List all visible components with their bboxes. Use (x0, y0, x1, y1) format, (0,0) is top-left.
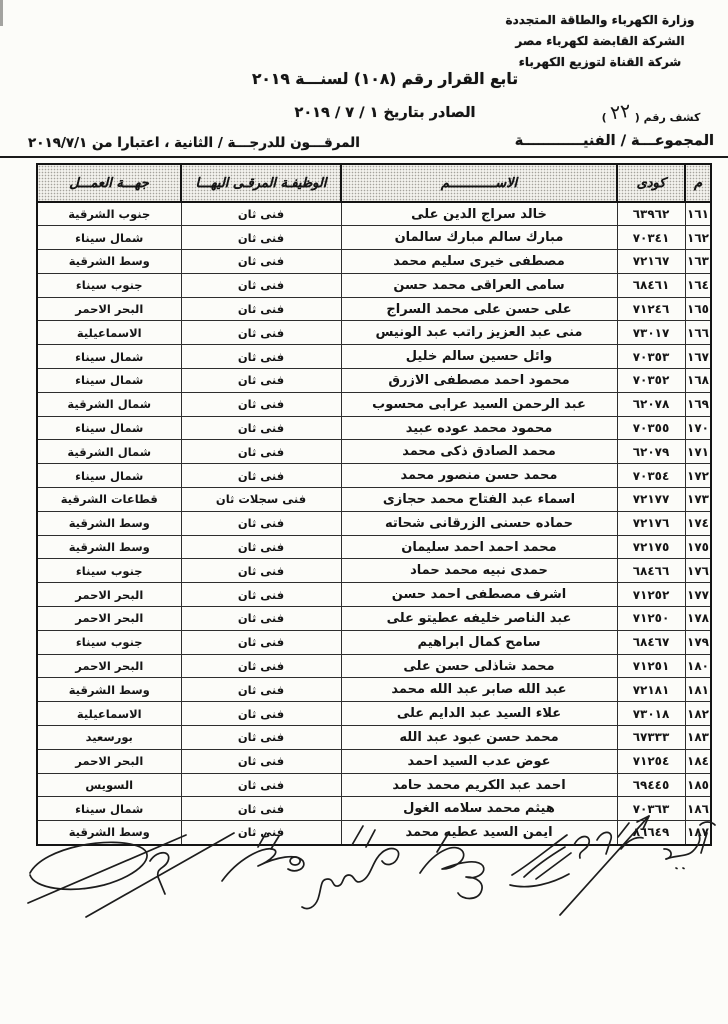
cell-code: ٧١٢٥٠ (617, 607, 685, 631)
scan-edge-artifact (0, 0, 3, 26)
cell-workplace: البحر الاحمر (37, 607, 181, 631)
cell-name: احمد عبد الكريم محمد حامد (341, 773, 617, 797)
cell-no: ١٧٣ (685, 488, 711, 512)
table-row: ١٦٢٧٠٣٤١مبارك سالم مبارك سالمانفنى ثانشم… (37, 226, 711, 250)
cell-code: ٧٠٣٥٢ (617, 369, 685, 393)
table-row: ١٧٥٧٢١٧٥محمد احمد احمد سليمانفنى ثانوسط … (37, 535, 711, 559)
cell-title: فنى ثان (181, 226, 341, 250)
promotion-grade-line: المرقـــون للدرجـــة / الثانية ، اعتبارا… (28, 135, 360, 151)
cell-title: فنى ثان (181, 321, 341, 345)
cell-no: ١٨٢ (685, 702, 711, 726)
cell-no: ١٧٨ (685, 607, 711, 631)
table-row: ١٨١٧٢١٨١عبد الله صابر عبد الله محمدفنى ث… (37, 678, 711, 702)
cell-no: ١٧٧ (685, 583, 711, 607)
cell-title: فنى ثان (181, 297, 341, 321)
cell-title: فنى ثان (181, 369, 341, 393)
cell-no: ١٦١ (685, 202, 711, 226)
cell-name: سامى العراقى محمد حسن (341, 273, 617, 297)
table-row: ١٨٤٧١٢٥٤عوض عدب السيد احمدفنى ثانالبحر ا… (37, 749, 711, 773)
cell-code: ٧٠٣٤١ (617, 226, 685, 250)
cell-workplace: البحر الاحمر (37, 583, 181, 607)
cell-workplace: الاسماعيلية (37, 702, 181, 726)
cell-title: فنى ثان (181, 202, 341, 226)
cell-code: ٧١٢٥٤ (617, 749, 685, 773)
issued-date-line: الصادر بتاريخ ١ / ٧ / ٢٠١٩ (190, 105, 580, 121)
cell-name: مصطفى خيرى سليم محمد (341, 250, 617, 274)
cell-name: عوض عدب السيد احمد (341, 749, 617, 773)
cell-title: فنى ثان (181, 535, 341, 559)
cell-code: ٧٢١٧٦ (617, 511, 685, 535)
cell-code: ٦٩٤٤٥ (617, 773, 685, 797)
list-number-label: كشف رقم ( (635, 111, 701, 124)
cell-no: ١٧١ (685, 440, 711, 464)
cell-code: ٧١٢٥٢ (617, 583, 685, 607)
cell-no: ١٧٩ (685, 630, 711, 654)
cell-title: فنى ثان (181, 392, 341, 416)
column-header-workplace: جهـــة العمـــل (37, 164, 181, 202)
scanned-document-page: وزارة الكهرباء والطاقة المتجددة الشركة ا… (0, 0, 728, 1024)
cell-no: ١٦٦ (685, 321, 711, 345)
cell-workplace: شمال سيناء (37, 226, 181, 250)
signature-icon (222, 833, 304, 881)
table-row: ١٧٩٦٨٤٦٧سامح كمال ابراهيمفنى ثانجنوب سين… (37, 630, 711, 654)
cell-title: فنى ثان (181, 464, 341, 488)
cell-name: وائل حسين سالم خليل (341, 345, 617, 369)
cell-name: حمدى نبيه محمد حماد (341, 559, 617, 583)
table-row: ١٧٨٧١٢٥٠عبد الناصر خليفه عطيتو علىفنى ثا… (37, 607, 711, 631)
table-header-row: م كودى الاســــــــــــم الوظيفـة المرقـ… (37, 164, 711, 202)
cell-workplace: شمال الشرقية (37, 392, 181, 416)
signature-icon (560, 816, 649, 915)
cell-code: ٧١٢٤٦ (617, 297, 685, 321)
table-row: ١٧٢٧٠٣٥٤محمد حسن منصور محمدفنى ثانشمال س… (37, 464, 711, 488)
table-row: ١٨٠٧١٢٥١محمد شاذلى حسن علىفنى ثانالبحر ا… (37, 654, 711, 678)
cell-workplace: جنوب الشرقية (37, 202, 181, 226)
cell-title: فنى ثان (181, 440, 341, 464)
cell-code: ٦٨٤٦٦ (617, 559, 685, 583)
cell-workplace: جنوب سيناء (37, 630, 181, 654)
cell-workplace: وسط الشرقية (37, 511, 181, 535)
table-body: ١٦١٦٣٩٦٢خالد سراج الدين علىفنى ثانجنوب ا… (37, 202, 711, 845)
table-row: ١٧٣٧٢١٧٧اسماء عبد الفتاح محمد حجازىفنى س… (37, 488, 711, 512)
cell-code: ٧٢١٧٥ (617, 535, 685, 559)
column-header-code: كودى (617, 164, 685, 202)
list-number-handwritten-value: ٢٢ (608, 100, 632, 125)
cell-code: ٧٢١٦٧ (617, 250, 685, 274)
cell-title: فنى ثان (181, 749, 341, 773)
table-row: ١٦١٦٣٩٦٢خالد سراج الدين علىفنى ثانجنوب ا… (37, 202, 711, 226)
cell-no: ١٦٧ (685, 345, 711, 369)
cell-title: فنى ثان (181, 511, 341, 535)
cell-code: ٦٨٤٦١ (617, 273, 685, 297)
cell-name: محمود احمد مصطفى الازرق (341, 369, 617, 393)
cell-name: عبد الله صابر عبد الله محمد (341, 678, 617, 702)
cell-title: فنى ثان (181, 345, 341, 369)
header-divider-line (0, 156, 728, 158)
cell-code: ٧٣٠١٨ (617, 702, 685, 726)
table-row: ١٦٦٧٣٠١٧منى عبد العزيز راتب عبد الونيسفن… (37, 321, 711, 345)
cell-code: ٧٢١٧٧ (617, 488, 685, 512)
list-number-close: ) (602, 111, 607, 124)
table-row: ١٧٦٦٨٤٦٦حمدى نبيه محمد حمادفنى ثانجنوب س… (37, 559, 711, 583)
signature-icon (420, 834, 484, 899)
cell-no: ١٧٠ (685, 416, 711, 440)
cell-title: فنى ثان (181, 273, 341, 297)
cell-workplace: الاسماعيلية (37, 321, 181, 345)
cell-name: محمد احمد احمد سليمان (341, 535, 617, 559)
cell-title: فنى ثان (181, 678, 341, 702)
cell-name: سامح كمال ابراهيم (341, 630, 617, 654)
cell-name: حماده حسنى الزرقانى شحاته (341, 511, 617, 535)
table-row: ١٨٢٧٣٠١٨علاء السيد عبد الدايم علىفنى ثان… (37, 702, 711, 726)
cell-code: ٧٠٣٥٣ (617, 345, 685, 369)
cell-code: ٦٨٤٦٧ (617, 630, 685, 654)
cell-name: محمد حسن منصور محمد (341, 464, 617, 488)
list-number: كشف رقم ( ٢٢ ) (596, 104, 706, 126)
cell-title: فنى ثان (181, 654, 341, 678)
cell-no: ١٧٥ (685, 535, 711, 559)
cell-workplace: شمال سيناء (37, 416, 181, 440)
promotion-roster-table: م كودى الاســــــــــــم الوظيفـة المرقـ… (36, 163, 712, 846)
table-row: ١٧٠٧٠٣٥٥محمود محمد عوده عبيدفنى ثانشمال … (37, 416, 711, 440)
cell-no: ١٦٣ (685, 250, 711, 274)
cell-title: فنى ثان (181, 559, 341, 583)
cell-name: اشرف مصطفى احمد حسن (341, 583, 617, 607)
cell-workplace: قطاعات الشرقية (37, 488, 181, 512)
cell-name: اسماء عبد الفتاح محمد حجازى (341, 488, 617, 512)
cell-workplace: البحر الاحمر (37, 654, 181, 678)
cell-title: فنى ثان (181, 630, 341, 654)
cell-code: ٧٣٠١٧ (617, 321, 685, 345)
signature-icon (510, 835, 571, 887)
column-header-serial: م (685, 164, 711, 202)
cell-workplace: وسط الشرقية (37, 535, 181, 559)
cell-name: عبد الناصر خليفه عطيتو على (341, 607, 617, 631)
table-row: ١٨٥٦٩٤٤٥احمد عبد الكريم محمد حامدفنى ثان… (37, 773, 711, 797)
table-row: ١٦٧٧٠٣٥٣وائل حسين سالم خليلفنى ثانشمال س… (37, 345, 711, 369)
cell-title: فنى ثان (181, 726, 341, 750)
cell-name: محمد الصادق ذكى محمد (341, 440, 617, 464)
table-row: ١٧٧٧١٢٥٢اشرف مصطفى احمد حسنفنى ثانالبحر … (37, 583, 711, 607)
cell-name: مبارك سالم مبارك سالمان (341, 226, 617, 250)
cell-title: فنى ثان (181, 416, 341, 440)
cell-no: ١٧٢ (685, 464, 711, 488)
table-row: ١٧٤٧٢١٧٦حماده حسنى الزرقانى شحاتهفنى ثان… (37, 511, 711, 535)
cell-name: محمد حسن عبود عبد الله (341, 726, 617, 750)
cell-workplace: وسط الشرقية (37, 678, 181, 702)
cell-title: فنى ثان (181, 607, 341, 631)
cell-title: فنى ثان (181, 583, 341, 607)
group-label: المجموعـــة / الفنيــــــــــــة (515, 133, 714, 149)
cell-no: ١٨٤ (685, 749, 711, 773)
table-row: ١٦٨٧٠٣٥٢محمود احمد مصطفى الازرقفنى ثانشم… (37, 369, 711, 393)
cell-no: ١٦٢ (685, 226, 711, 250)
cell-title: فنى ثان (181, 702, 341, 726)
table-row: ١٧١٦٢٠٧٩محمد الصادق ذكى محمدفنى ثانشمال … (37, 440, 711, 464)
signature-icon (28, 833, 234, 917)
cell-name: عبد الرحمن السيد عرابى محسوب (341, 392, 617, 416)
table-row: ١٦٥٧١٢٤٦على حسن على محمد السراجفنى ثانال… (37, 297, 711, 321)
cell-title: فنى ثان (181, 773, 341, 797)
cell-code: ٦٢٠٧٨ (617, 392, 685, 416)
cell-no: ١٨٥ (685, 773, 711, 797)
cell-code: ٧٠٣٥٤ (617, 464, 685, 488)
cell-workplace: شمال سيناء (37, 464, 181, 488)
cell-code: ٦٣٩٦٢ (617, 202, 685, 226)
cell-workplace: جنوب سيناء (37, 559, 181, 583)
column-header-name: الاســــــــــــم (341, 164, 617, 202)
cell-name: على حسن على محمد السراج (341, 297, 617, 321)
cell-name: محمود محمد عوده عبيد (341, 416, 617, 440)
cell-name: خالد سراج الدين على (341, 202, 617, 226)
cell-workplace: جنوب سيناء (37, 273, 181, 297)
cell-no: ١٨١ (685, 678, 711, 702)
cell-no: ١٧٦ (685, 559, 711, 583)
holding-company-line: الشركة القابضة لكهرباء مصر (484, 31, 716, 52)
company-header: وزارة الكهرباء والطاقة المتجددة الشركة ا… (484, 10, 716, 73)
column-header-promoted-title: الوظيفـة المرقـى اليهـــا (181, 164, 341, 202)
cell-workplace: وسط الشرقية (37, 250, 181, 274)
cell-code: ٧٠٣٥٥ (617, 416, 685, 440)
table-row: ١٦٤٦٨٤٦١سامى العراقى محمد حسنفنى ثانجنوب… (37, 273, 711, 297)
table-row: ١٦٣٧٢١٦٧مصطفى خيرى سليم محمدفنى ثانوسط ا… (37, 250, 711, 274)
cell-title: فنى سجلات ثان (181, 488, 341, 512)
cell-title: فنى ثان (181, 250, 341, 274)
table-row: ١٨٣٦٧٣٣٣محمد حسن عبود عبد اللهفنى ثانبور… (37, 726, 711, 750)
cell-workplace: شمال الشرقية (37, 440, 181, 464)
cell-workplace: بورسعيد (37, 726, 181, 750)
cell-code: ٦٧٣٣٣ (617, 726, 685, 750)
cell-name: محمد شاذلى حسن على (341, 654, 617, 678)
cell-workplace: شمال سيناء (37, 369, 181, 393)
cell-workplace: السويس (37, 773, 181, 797)
handwritten-name-icon (664, 822, 715, 869)
cell-no: ١٨٠ (685, 654, 711, 678)
cell-no: ١٦٤ (685, 273, 711, 297)
cell-code: ٦٢٠٧٩ (617, 440, 685, 464)
cell-workplace: شمال سيناء (37, 345, 181, 369)
cell-workplace: البحر الاحمر (37, 749, 181, 773)
cell-name: علاء السيد عبد الدايم على (341, 702, 617, 726)
cell-code: ٧٢١٨١ (617, 678, 685, 702)
decision-title: تابع القرار رقم (١٠٨) لسنـــة ٢٠١٩ (190, 70, 580, 88)
table-row: ١٦٩٦٢٠٧٨عبد الرحمن السيد عرابى محسوبفنى … (37, 392, 711, 416)
cell-no: ١٦٨ (685, 369, 711, 393)
cell-no: ١٧٤ (685, 511, 711, 535)
cell-no: ١٦٩ (685, 392, 711, 416)
cell-name: منى عبد العزيز راتب عبد الونيس (341, 321, 617, 345)
signatures-overlay (0, 795, 728, 990)
cell-workplace: البحر الاحمر (37, 297, 181, 321)
signature-icon (302, 826, 399, 909)
cell-no: ١٦٥ (685, 297, 711, 321)
ministry-line: وزارة الكهرباء والطاقة المتجددة (484, 10, 716, 31)
cell-code: ٧١٢٥١ (617, 654, 685, 678)
cell-no: ١٨٣ (685, 726, 711, 750)
